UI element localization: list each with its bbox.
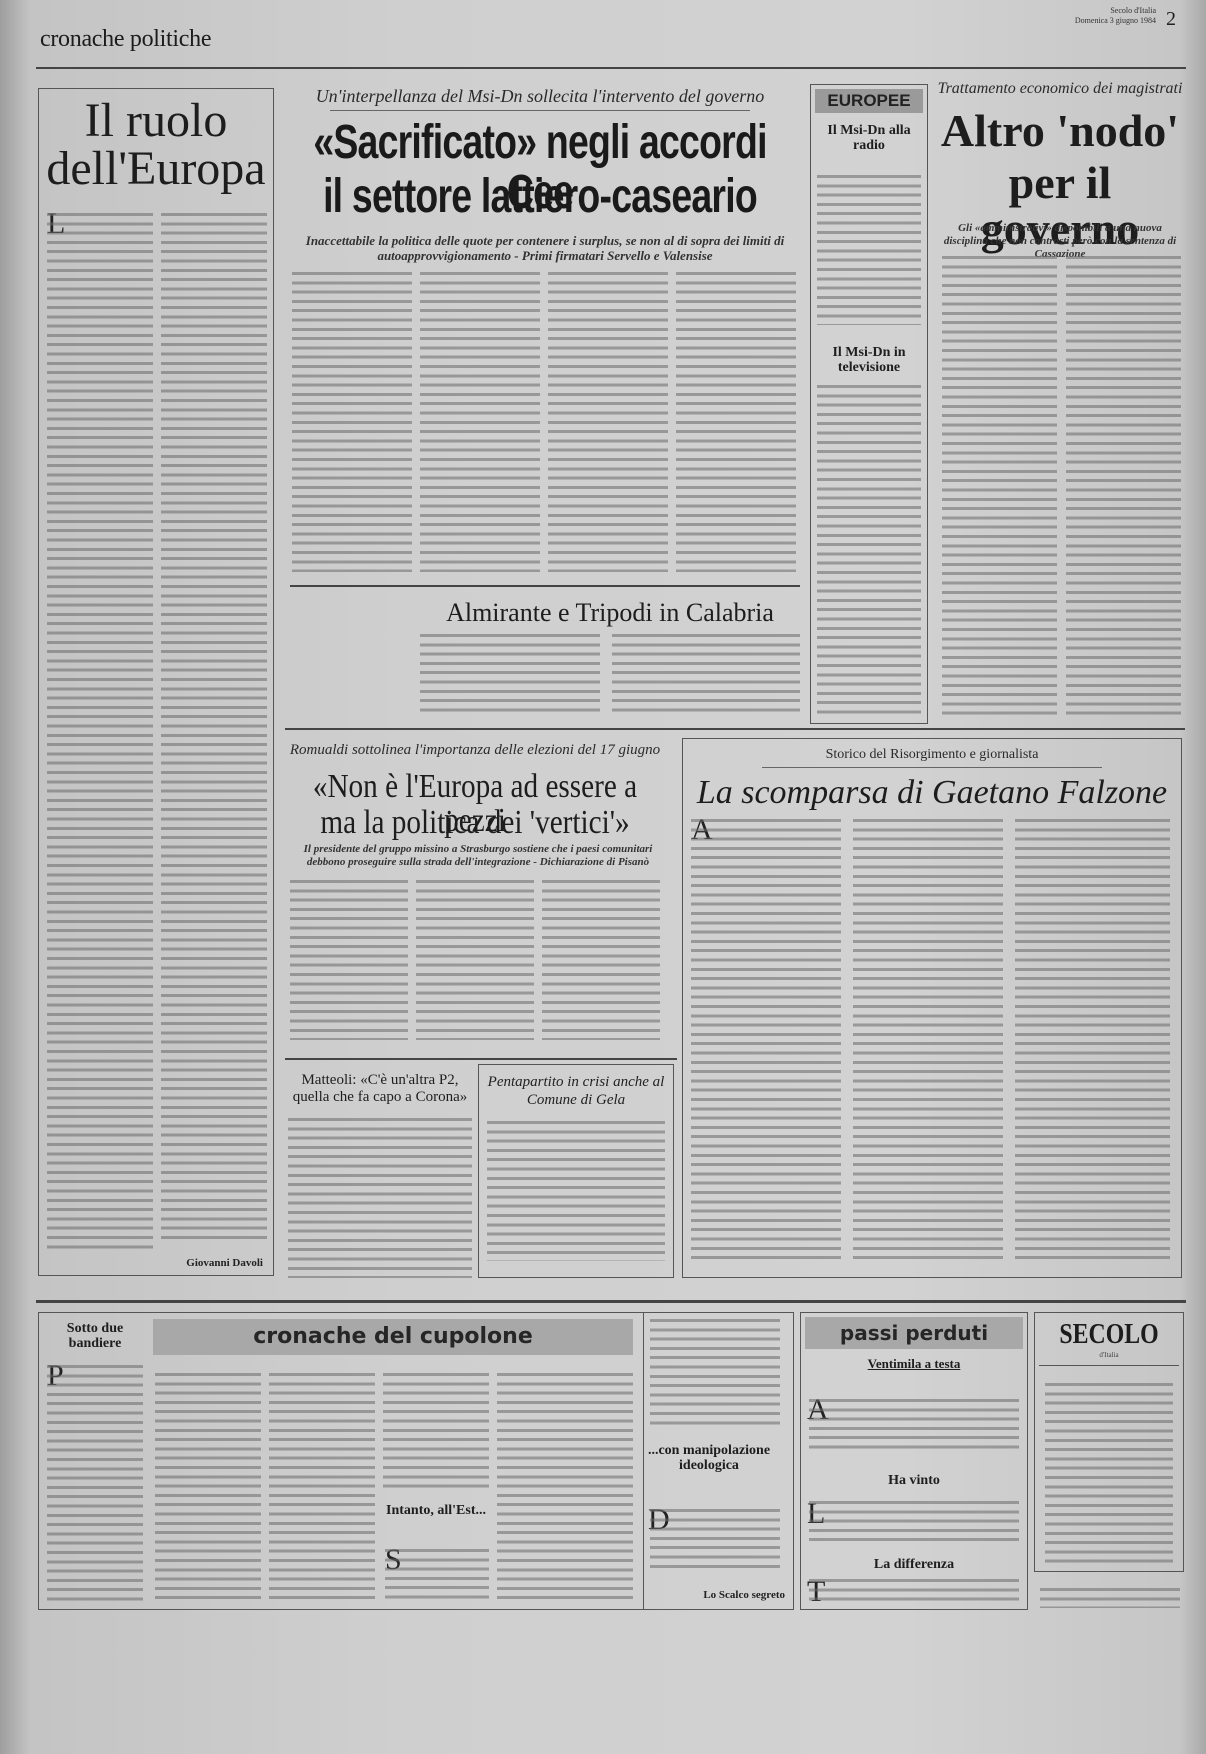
- body-text: [269, 1373, 375, 1601]
- cupolone-banner: cronache del cupolone: [153, 1319, 633, 1355]
- byline: Giovanni Davoli: [186, 1257, 263, 1269]
- masthead-box: SECOLO d'Italia: [1034, 1312, 1184, 1572]
- body-text: [416, 880, 534, 1040]
- article-europa: Il ruolo dell'Europa L Giovanni Davoli: [38, 88, 274, 1276]
- article-passi-perduti: passi perduti Ventimila a testa A Ha vin…: [800, 1312, 1028, 1610]
- body-text: [691, 819, 841, 1264]
- body-text: [420, 634, 600, 714]
- headline: Matteoli: «C'è un'altra P2, quella che f…: [285, 1072, 475, 1105]
- subhead-ventimila: Ventimila a testa: [801, 1357, 1027, 1371]
- headline-line2: dell'Europa: [39, 145, 273, 193]
- headline: Pentapartito in crisi anche al Comune di…: [485, 1073, 667, 1109]
- body-text: [290, 880, 408, 1040]
- body-text: [542, 880, 660, 1040]
- body-text: [817, 385, 921, 715]
- headline-line1: Altro 'nodo': [935, 108, 1185, 154]
- headline-bandiere: Sotto due bandiere: [45, 1321, 145, 1352]
- body-text: [497, 1373, 633, 1601]
- kicker: Trattamento economico dei magistrati: [935, 80, 1185, 98]
- staff-list: [1045, 1383, 1173, 1563]
- subhead-est: Intanto, all'Est...: [383, 1503, 489, 1518]
- europee-label: EUROPEE: [815, 89, 923, 113]
- europee-box: EUROPEE Il Msi-Dn alla radio Il Msi-Dn i…: [810, 84, 928, 724]
- article-gela: Pentapartito in crisi anche al Comune di…: [478, 1064, 674, 1278]
- passi-perduti-banner: passi perduti: [805, 1317, 1023, 1349]
- header-rule: [36, 67, 1186, 69]
- section-rule: [285, 1058, 677, 1060]
- body-text: [420, 272, 540, 572]
- issue-date: Domenica 3 giugno 1984: [1075, 16, 1156, 26]
- body-text: [292, 272, 412, 572]
- newspaper-name: Secolo d'Italia: [1075, 6, 1156, 16]
- body-text: [155, 1373, 261, 1601]
- subhead-radio: Il Msi-Dn alla radio: [817, 123, 921, 154]
- body-text: [650, 1319, 780, 1429]
- body-text: [1066, 256, 1181, 716]
- body-text: [612, 634, 800, 714]
- kicker: Storico del Risorgimento e giornalista: [683, 747, 1181, 763]
- section-rule: [290, 585, 800, 587]
- kicker: Un'interpellanza del Msi-Dn sollecita l'…: [285, 86, 795, 107]
- deck: Il presidente del gruppo missino a Stras…: [288, 843, 668, 869]
- body-text: [288, 1118, 472, 1278]
- kicker-rule: [762, 767, 1102, 768]
- subhead-manipolazione: ...con manipolazione ideologica: [644, 1443, 774, 1474]
- body-text: [47, 1365, 143, 1601]
- masthead-title: SECOLO: [1046, 1319, 1172, 1351]
- body-text: [853, 819, 1003, 1264]
- body-text: [650, 1509, 780, 1569]
- body-text: [809, 1399, 1019, 1455]
- subhead-differenza: La differenza: [801, 1557, 1027, 1572]
- dateline: Secolo d'Italia Domenica 3 giugno 1984: [1075, 6, 1156, 26]
- body-text: [548, 272, 668, 572]
- headline-line2: ma la politica dei 'vertici'»: [307, 806, 642, 840]
- body-text: [676, 272, 796, 572]
- body-text: [942, 256, 1057, 716]
- newspaper-page: cronache politiche Secolo d'Italia Domen…: [0, 0, 1206, 1754]
- body-text-col2: [161, 213, 267, 1243]
- section-rule: [36, 1300, 1186, 1303]
- headline: Almirante e Tripodi in Calabria: [420, 600, 800, 626]
- section-label: cronache politiche: [40, 26, 211, 53]
- section-rule: [285, 728, 1185, 730]
- headline-line1: Il ruolo: [39, 97, 273, 145]
- article-cupolone-continued: ...con manipolazione ideologica D Lo Sca…: [644, 1312, 794, 1610]
- body-text: [385, 1549, 489, 1601]
- body-text: [809, 1579, 1019, 1607]
- article-cupolone-box: Sotto due bandiere P cronache del cupolo…: [38, 1312, 644, 1610]
- body-text: [809, 1501, 1019, 1541]
- masthead-subtitle: d'Italia: [1035, 1351, 1183, 1359]
- subhead-ha-vinto: Ha vinto: [801, 1473, 1027, 1488]
- headline-line2: il settore lattiero-caseario: [298, 172, 782, 222]
- page-number: 2: [1166, 8, 1176, 31]
- body-text-col1: [47, 213, 153, 1253]
- byline: Lo Scalco segreto: [703, 1589, 785, 1601]
- body-text: [1015, 819, 1170, 1264]
- deck: Inaccettabile la politica delle quote pe…: [290, 233, 800, 263]
- masthead-rule: [1039, 1365, 1179, 1366]
- subhead-tv: Il Msi-Dn in televisione: [817, 345, 921, 376]
- body-text: [487, 1121, 665, 1261]
- article-falzone: Storico del Risorgimento e giornalista L…: [682, 738, 1182, 1278]
- body-text: [817, 175, 921, 325]
- kicker: Romualdi sottolinea l'importanza delle e…: [285, 742, 665, 759]
- footnote-text: [1040, 1588, 1180, 1608]
- kicker-rule: [330, 110, 750, 111]
- headline: La scomparsa di Gaetano Falzone: [683, 774, 1181, 812]
- body-text: [383, 1373, 489, 1491]
